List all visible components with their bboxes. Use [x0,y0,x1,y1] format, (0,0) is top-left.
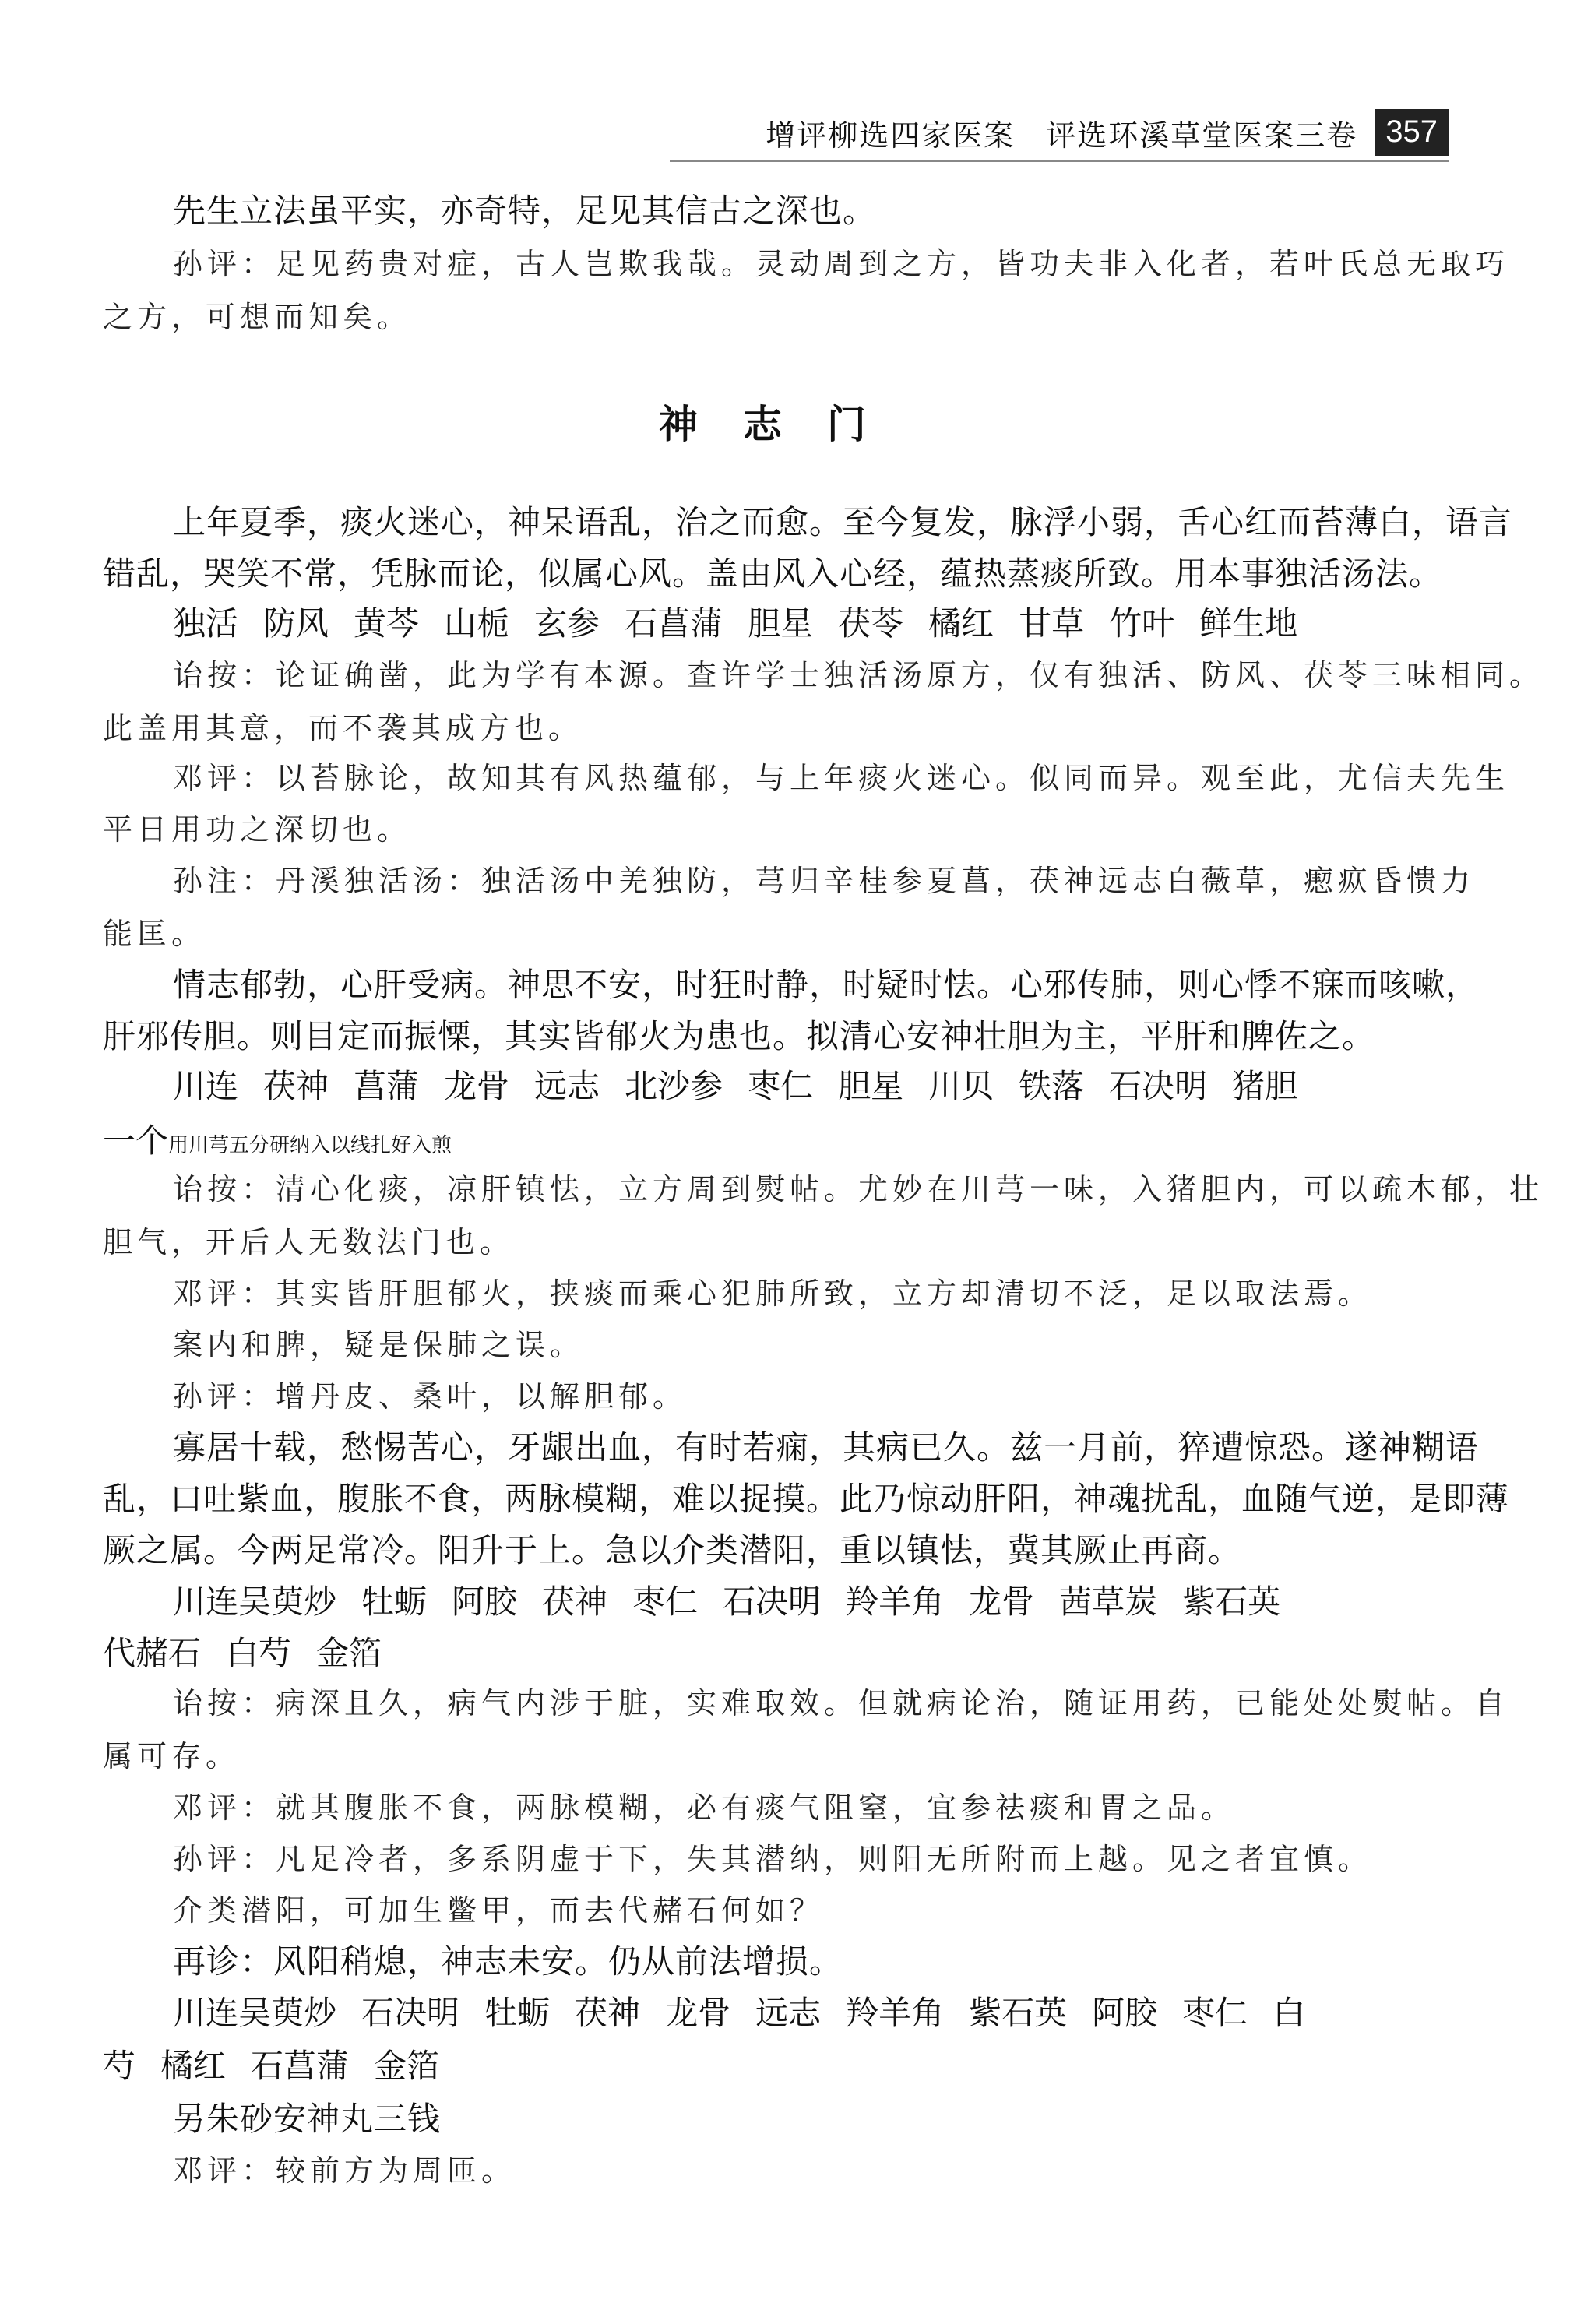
herb: 石决明 [1109,1067,1207,1105]
case-text-line: 上年夏季，痰火迷心，神呆语乱，治之而愈。至今复发，脉浮小弱，舌心红而苔薄白，语言 [173,506,1512,539]
comment-line: 平日用功之深切也。 [103,815,411,844]
herb: 鲜生地 [1199,604,1297,643]
extra-prescription: 另朱砂安神丸三钱 [173,2103,441,2136]
comment-line: 孙注：丹溪独活汤：独活汤中羌独防，芎归辛桂参夏菖，茯神远志白薇草，瘛疭昏愦力 [173,866,1475,896]
herb: 菖蒲 [354,1067,419,1105]
herb: 橘红 [160,2047,226,2085]
herb: 甘草 [1019,604,1084,643]
comment-line: 诒按：论证确凿，此为学有本源。查许学士独活汤原方，仅有独活、防风、茯苓三味相同。 [173,660,1544,690]
comment-line: 邓评：较前方为周匝。 [173,2156,516,2185]
herb: 阿胶 [452,1583,517,1621]
running-header: 增评柳选四家医案 评选环溪草堂医案三卷 357 [670,109,1449,156]
herb: 牡蛎 [361,1583,427,1621]
herb: 石决明 [723,1583,821,1621]
page-number: 357 [1375,109,1449,156]
herb: 紫石英 [969,1994,1067,2032]
comment-line: 邓评：其实皆肝胆郁火，挟痰而乘心犯肺所致，立方却清切不泛，足以取法焉。 [173,1279,1372,1308]
herb: 胆星 [838,1067,903,1105]
comment-line: 此盖用其意，而不袭其成方也。 [103,713,583,743]
herb: 石决明 [361,1994,459,2032]
herb: 黄芩 [354,604,419,643]
herb: 川贝 [928,1067,994,1105]
herb: 茯神 [263,1067,329,1105]
herb-list: 川连茯神菖蒲龙骨远志北沙参枣仁胆星川贝铁落石决明猪胆 [173,1070,1322,1103]
herb: 龙骨 [969,1583,1034,1621]
herb: 石菖蒲 [251,2047,349,2085]
herb-list-continued: 芍橘红石菖蒲金箔 [103,2050,464,2083]
herb-list: 川连吴萸炒牡蛎阿胶茯神枣仁石决明羚羊角龙骨茜草炭紫石英 [173,1586,1305,1618]
header-title: 增评柳选四家医案 评选环溪草堂医案三卷 [766,111,1357,154]
herb: 川连 [173,1067,238,1105]
herb: 金箔 [374,2047,439,2085]
comment-line: 案内和脾，疑是保肺之误。 [173,1330,584,1360]
section-title: 神志门 [0,393,1570,449]
herb: 茜草炭 [1059,1583,1157,1621]
comment-line: 能匡。 [103,919,206,949]
herb-list: 独活防风黄芩山栀玄参石菖蒲胆星茯苓橘红甘草竹叶鲜生地 [173,607,1322,640]
herb: 阿胶 [1092,1994,1157,2032]
herb: 橘红 [928,604,994,643]
herb: 猪胆 [1232,1067,1297,1105]
comment-line: 介类潜阳，可加生鳖甲，而去代赭石何如？ [173,1896,824,1925]
comment-line: 孙评：增丹皮、桑叶，以解胆郁。 [173,1382,687,1411]
herb: 石菖蒲 [625,604,723,643]
comment-line: 孙评：足见药贵对症，古人岂欺我哉。灵动周到之方，皆功夫非入化者，若叶氏总无取巧 [173,249,1509,279]
herb: 枣仁 [748,1067,813,1105]
comment-line: 属可存。 [103,1741,240,1771]
herb: 茯神 [542,1583,607,1621]
case-text-line: 乱，口吐紫血，腹胀不食，两脉模糊，难以捉摸。此乃惊动肝阳，神魂扰乱，血随气逆，是… [103,1483,1509,1516]
herb: 牡蛎 [484,1994,550,2032]
paragraph-line: 先生立法虽平实，亦奇特，足见其信古之深也。 [173,195,876,227]
herb-list-continued: 一个用川芎五分研纳入以线扎好入煎 [103,1125,477,1157]
herb: 枣仁 [1182,1994,1248,2032]
herb: 山栀 [444,604,509,643]
herb: 独活 [173,604,238,643]
herb: 茯神 [575,1994,640,2032]
herb: 龙骨 [444,1067,509,1105]
revisit-line: 再诊：风阳稍熄，神志未安。仍从前法增损。 [173,1945,843,1978]
herb: 枣仁 [632,1583,698,1621]
herb: 白 [1273,1994,1305,2032]
herb-list: 川连吴萸炒石决明牡蛎茯神龙骨远志羚羊角紫石英阿胶枣仁白 [173,1997,1330,2030]
herb: 川连吴萸炒 [173,1583,336,1621]
comment-line: 胆气，开后人无数法门也。 [103,1227,514,1257]
herb: 胆星 [748,604,813,643]
herb: 一个 [103,1122,168,1160]
case-text-line: 情志郁勃，心肝受病。神思不安，时狂时静，时疑时怯。心邪传肺，则心悸不寐而咳嗽， [173,969,1479,1002]
comment-line: 之方，可想而知矣。 [103,302,411,332]
comment-line: 孙评：凡足冷者，多系阴虚于下，失其潜纳，则阳无所附而上越。见之者宜慎。 [173,1844,1372,1874]
comment-line: 邓评：以苔脉论，故知其有风热蕴郁，与上年痰火迷心。似同而异。观至此，尤信夫先生 [173,763,1509,793]
herb: 白芍 [226,1634,291,1672]
case-text-line: 寡居十载，愁惕苦心，牙龈出血，有时若痫，其病已久。兹一月前，猝遭惊恐。遂神糊语 [173,1431,1479,1464]
herb: 金箔 [316,1634,382,1672]
herb: 北沙参 [625,1067,723,1105]
herb: 芍 [103,2047,136,2085]
herb: 远志 [755,1994,821,2032]
herb: 铁落 [1019,1067,1084,1105]
herb-preparation-note: 用川芎五分研纳入以线扎好入煎 [168,1134,452,1157]
herb: 紫石英 [1182,1583,1280,1621]
comment-line: 诒按：清心化痰，凉肝镇怯，立方周到熨帖。尤妙在川芎一味，入猪胆内，可以疏木郁，壮 [173,1174,1544,1204]
herb: 防风 [263,604,329,643]
herb: 玄参 [534,604,600,643]
herb: 羚羊角 [846,1583,944,1621]
comment-line: 邓评：就其腹胀不食，两脉模糊，必有痰气阻窒，宜参祛痰和胃之品。 [173,1793,1235,1822]
herb: 竹叶 [1109,604,1174,643]
herb: 代赭石 [103,1634,201,1672]
herb: 茯苓 [838,604,903,643]
case-text-line: 错乱，哭笑不常，凭脉而论，似属心风。盖由风入心经，蕴热蒸痰所致。用本事独活汤法。 [103,558,1442,590]
herb-list-continued: 代赭石白芍金箔 [103,1637,407,1670]
herb: 羚羊角 [846,1994,944,2032]
herb: 川连吴萸炒 [173,1994,336,2032]
case-text-line: 肝邪传胆。则目定而振慄，其实皆郁火为患也。拟清心安神壮胆为主，平肝和脾佐之。 [103,1020,1375,1053]
header-rule [670,160,1449,162]
comment-line: 诒按：病深且久，病气内涉于脏，实难取效。但就病论治，随证用药，已能处处熨帖。自 [173,1688,1509,1718]
herb: 龙骨 [665,1994,730,2032]
case-text-line: 厥之属。今两足常冷。阳升于上。急以介类潜阳，重以镇怯，冀其厥止再商。 [103,1534,1241,1567]
herb: 远志 [534,1067,600,1105]
